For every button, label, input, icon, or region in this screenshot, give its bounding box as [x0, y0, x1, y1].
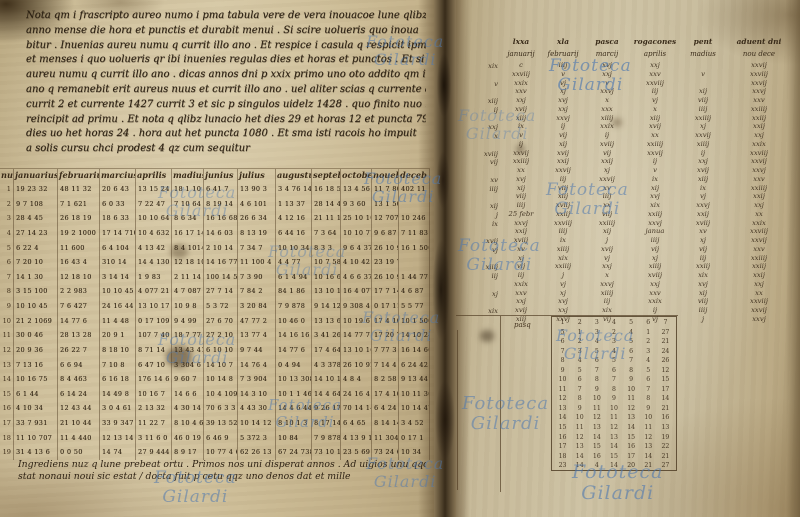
table-cell: 10 10 64 — [136, 211, 172, 226]
table-cell: 3 0 4 61 — [100, 401, 136, 416]
table-cell: 12 707 — [372, 211, 399, 226]
feast-column-header: aduent dni — [728, 36, 790, 48]
roman-value: xxj — [632, 280, 678, 289]
table-cell: 14 16 16 — [276, 328, 312, 343]
box-cell: 5 — [554, 328, 571, 338]
table-cell: 8 10 4 63 — [172, 416, 204, 431]
row-label: 17 — [0, 416, 14, 431]
table-cell: 6 10 10 — [204, 343, 238, 358]
table-cell: 9 308 4 — [341, 299, 372, 314]
box-cell: 5 — [588, 347, 605, 357]
table-cell: 176 14 6 — [136, 372, 172, 387]
box-cell: 3 — [571, 347, 588, 357]
roman-value: vij — [468, 158, 498, 167]
roman-value: xix — [680, 271, 726, 280]
roman-value: xij — [468, 202, 498, 211]
roman-value: xxiiij — [500, 157, 542, 166]
table-cell: 7 3 64 — [312, 226, 341, 241]
table-cell: 12 18 107 — [172, 255, 204, 270]
table-cell: 10 10 45 — [14, 299, 58, 314]
roman-value: xxviij — [632, 79, 678, 88]
roman-value: xiij — [500, 114, 542, 123]
roman-value: xxj — [500, 96, 542, 105]
table-cell: 10 10 34 — [276, 241, 312, 256]
box-row: 139111012921 — [554, 404, 674, 414]
roman-value: v — [584, 79, 630, 88]
roman-value: xix — [544, 254, 582, 263]
box-cell: 26 — [657, 356, 674, 366]
roman-value: xxvij — [584, 175, 630, 184]
feast-column-subheader: nou dece — [728, 48, 790, 61]
box-cell: 10 — [640, 413, 657, 423]
roman-value: xij — [632, 184, 678, 193]
roman-value: xj — [632, 254, 678, 263]
table-cell: 10 16 6 — [312, 270, 341, 285]
roman-value: xviij — [680, 219, 726, 228]
manuscript-text-line: et menses i quo uolueris qr ibi inuenies… — [26, 53, 426, 68]
roman-value: xxvij — [728, 306, 790, 315]
roman-value: xxvij — [500, 149, 542, 158]
roman-value: xxv — [728, 96, 790, 105]
stain — [480, 330, 494, 342]
roman-value: xj — [544, 289, 582, 298]
row-label: 18 — [0, 431, 14, 446]
roman-value: xxiiij — [584, 219, 630, 228]
table-cell: 8 9 17 — [172, 445, 204, 460]
roman-value: xxij — [544, 157, 582, 166]
table-cell: 14 74 — [100, 445, 136, 460]
table-cell: 3 20 84 — [238, 299, 276, 314]
table-cell: 27 7 14 — [204, 284, 238, 299]
month-header: deceb — [399, 169, 430, 182]
box-cell: 9 — [588, 385, 605, 395]
roman-value: xvij — [544, 149, 582, 158]
roman-value: xiiij — [584, 289, 630, 298]
roman-value: xxviij — [544, 219, 582, 228]
roman-value: xiiij — [544, 245, 582, 254]
table-cell: 7 77 3 — [372, 343, 399, 358]
table-cell: 9 3 60 — [341, 197, 372, 212]
table-cell — [399, 255, 430, 270]
table-cell: 2 13 32 — [136, 401, 172, 416]
box-cell: 2 — [571, 337, 588, 347]
table-corner-label: nu — [0, 169, 14, 182]
table-cell: 12 13 14 — [100, 431, 136, 446]
table-cell: 18 6 33 — [100, 211, 136, 226]
table-cell: 11 4 440 — [58, 431, 100, 446]
table-cell: 16 4 077 — [341, 284, 372, 299]
table-cell: 14 49 8 — [100, 387, 136, 402]
month-header: februarius — [58, 169, 100, 182]
table-cell: 17 7 14 — [372, 284, 399, 299]
table-cell: 14 10 14 — [312, 372, 341, 387]
box-cell: 15 — [588, 442, 605, 452]
table-cell: 8 18 10 — [100, 343, 136, 358]
roman-value: xxiiij — [728, 254, 790, 263]
roman-value: xviij — [584, 140, 630, 149]
table-cell: 10 10 45 — [100, 284, 136, 299]
table-cell: 13 90 3 — [238, 182, 276, 197]
box-cell: 4 — [640, 356, 657, 366]
box-cell: 6 — [623, 347, 640, 357]
table-cell: 14 4 130 — [136, 255, 172, 270]
roman-value: x — [468, 132, 498, 141]
table-cell: 33 7 931 — [14, 416, 58, 431]
table-cell: 24 16 4 — [341, 387, 372, 402]
roman-value: xiiij — [468, 263, 498, 272]
box-row: 17131514161322 — [554, 442, 674, 452]
manuscript-text-line: ano q remanebit erit aureus nuus et curr… — [26, 83, 426, 98]
table-cell: 1 9 83 — [136, 270, 172, 285]
roman-value: vij — [544, 131, 582, 140]
table-cell: 12 43 44 — [58, 401, 100, 416]
table-cell: 4 13 42 — [136, 241, 172, 256]
table-cell: 10 19 6 — [341, 314, 372, 329]
box-cell: 8 — [571, 394, 588, 404]
feast-column-subheader: februarij — [544, 48, 582, 61]
table-cell: 10 46 0 — [276, 314, 312, 329]
table-cell: 6 6 94 — [58, 358, 100, 373]
table-cell: 16 18 5 — [312, 182, 341, 197]
table-cell: 7 20 10 — [14, 255, 58, 270]
table-cell: 1 13 37 — [276, 197, 312, 212]
roman-value: vij — [500, 262, 542, 271]
roman-value: xxj — [728, 280, 790, 289]
box-cell: 10 — [554, 375, 571, 385]
table-cell: 84 1 86 — [276, 284, 312, 299]
box-cell: 15 — [623, 433, 640, 443]
table-cell: 10 13 308 — [276, 372, 312, 387]
table-cell: 4 3 378 — [312, 358, 341, 373]
roman-value: xiij — [544, 192, 582, 201]
roman-value: xxiiij — [544, 262, 582, 271]
table-cell: 6 16 18 — [100, 372, 136, 387]
table-cell: 11 100 4 — [238, 255, 276, 270]
table-cell: 33 9 347 — [100, 416, 136, 431]
roman-value: iij — [632, 87, 678, 96]
roman-value: vj — [544, 280, 582, 289]
box-cell: 11 — [571, 423, 588, 433]
table-cell: 20 9 36 — [14, 343, 58, 358]
table-cell: 6 41 7 — [204, 182, 238, 197]
table-cell: 11 600 — [58, 241, 100, 256]
roman-value: xviij — [468, 150, 498, 159]
table-cell: 11 4 48 — [100, 314, 136, 329]
box-cell: 13 — [571, 442, 588, 452]
box-header-cell: 1 — [554, 318, 571, 328]
month-header: aprilis — [136, 169, 172, 182]
roman-value: xj — [544, 87, 582, 96]
table-cell: 7 84 2 — [238, 284, 276, 299]
table-cell: 6 44 16 — [276, 226, 312, 241]
box-cell: 17 — [623, 452, 640, 462]
row-label: 16 — [0, 401, 14, 416]
roman-value: iij — [680, 254, 726, 263]
month-header: marcius — [100, 169, 136, 182]
roman-value: xxj — [468, 123, 498, 132]
box-cell: 9 — [605, 394, 622, 404]
roman-value: xxj — [584, 262, 630, 271]
table-cell: 12 18 10 — [58, 270, 100, 285]
row-label: 1 — [0, 182, 14, 197]
roman-value: xij — [544, 140, 582, 149]
roman-value: xj — [500, 254, 542, 263]
roman-value: iiij — [584, 192, 630, 201]
roman-value: viij — [680, 297, 726, 306]
table-cell: 8 19 14 — [204, 197, 238, 212]
roman-value: xxvj — [680, 201, 726, 210]
table-cell: 27 9 444 — [136, 445, 172, 460]
box-cell: 21 — [657, 452, 674, 462]
lunar-calendar-table: nujanuariusfebruariusmarciusaprilismadiu… — [0, 168, 430, 460]
box-cell: 23 — [554, 461, 571, 471]
roman-value: xxiij — [632, 210, 678, 219]
roman-value: iij — [544, 175, 582, 184]
box-cell: 16 — [623, 442, 640, 452]
roman-value: xj — [468, 290, 498, 299]
table-cell: 27 6 70 — [204, 314, 238, 329]
month-header: junius — [204, 169, 238, 182]
roman-value: xxviij — [728, 297, 790, 306]
roman-value: ix — [544, 236, 582, 245]
feast-column: rogaconesaprilisxxjxxvxxviijiijvjxxiijxv… — [632, 36, 678, 324]
table-cell: 4 12 16 — [276, 211, 312, 226]
table-cell: 0 17 109 — [136, 314, 172, 329]
box-cell: 10 — [571, 413, 588, 423]
roman-value: iiij — [544, 61, 582, 70]
table-cell — [399, 197, 430, 212]
table-cell: 2 10 14 — [204, 241, 238, 256]
table-cell: 4 6 101 — [238, 197, 276, 212]
table-cell: 21 11 12 — [312, 211, 341, 226]
table-cell: 4 077 21 — [136, 284, 172, 299]
roman-value: iiij — [468, 185, 498, 194]
table-cell: 8 13 19 — [238, 226, 276, 241]
rule-vertical — [457, 330, 458, 490]
roman-value: xvj — [544, 96, 582, 105]
table-cell: 11 7 80 — [372, 182, 399, 197]
table-cell: 8 14 14 — [372, 416, 399, 431]
table-cell: 7 1 621 — [58, 197, 100, 212]
table-cell: 10 4 109 — [204, 387, 238, 402]
roman-value: xxiij — [728, 114, 790, 123]
box-cell: 3 — [588, 328, 605, 338]
table-cell: 4 6 6 37 — [341, 270, 372, 285]
roman-value: xix — [584, 306, 630, 315]
manuscript-text-line: dies uo het horas 24 . hora aut het punc… — [26, 127, 426, 142]
roman-value: xvij — [500, 306, 542, 315]
box-cell: 7 — [554, 347, 571, 357]
table-cell: 7 3 904 — [238, 372, 276, 387]
box-cell: 14 — [588, 433, 605, 443]
roman-value: xviij — [632, 271, 678, 280]
box-cell: 17 — [554, 442, 571, 452]
row-label: 19 — [0, 445, 14, 460]
table-cell: 14 6 03 — [204, 226, 238, 241]
table-cell: 13 10 16 — [341, 343, 372, 358]
box-cell: 2 — [640, 337, 657, 347]
roman-value: xvj — [584, 61, 630, 70]
box-cell: 16 — [588, 452, 605, 462]
roman-value: vij — [680, 245, 726, 254]
row-label: 9 — [0, 299, 14, 314]
table-cell: 18 7 77 — [172, 328, 204, 343]
table-cell: 10 14 12 — [238, 416, 276, 431]
table-cell: 8 17 14 — [312, 416, 341, 431]
table-cell: 9 6 4 37 — [341, 241, 372, 256]
roman-value — [468, 88, 498, 97]
table-cell: 13 77 4 — [238, 328, 276, 343]
table-cell: 6 47 10 — [136, 358, 172, 373]
box-cell: 27 — [657, 461, 674, 471]
row-label: 4 — [0, 226, 14, 241]
table-cell: 9 4 99 — [172, 314, 204, 329]
feast-column-header: lxxa — [500, 36, 542, 48]
roman-value: iiij — [500, 201, 542, 210]
box-row: 12810911814 — [554, 394, 674, 404]
roman-value: xvij — [632, 122, 678, 131]
roman-value: xxiiij — [680, 114, 726, 123]
box-row: 1179810717 — [554, 385, 674, 395]
feast-column-header: pasca — [584, 36, 630, 48]
roman-value: vij — [584, 149, 630, 158]
table-cell: 24 16 44 — [100, 299, 136, 314]
roman-value: vj — [544, 79, 582, 88]
roman-value: 25 febr — [500, 210, 542, 219]
box-cell: 4 — [588, 337, 605, 347]
feast-column: pascamarcijxvjxxjvxxvjxxxxxiiijxxixijxvi… — [584, 36, 630, 324]
table-cell: 10 14 47 — [399, 401, 430, 416]
table-cell: 1 44 77 — [399, 270, 430, 285]
roman-value: janua — [632, 227, 678, 236]
roman-value: xxiiij — [728, 105, 790, 114]
table-cell: 26 6 34 — [238, 211, 276, 226]
table-cell: 8 3 3 — [312, 241, 341, 256]
roman-value — [680, 79, 726, 88]
table-cell: 28 13 28 — [58, 328, 100, 343]
table-cell: 8 2 58 — [372, 372, 399, 387]
roman-value: j — [584, 236, 630, 245]
roman-value: xxij — [728, 192, 790, 201]
roman-value: xx — [500, 166, 542, 175]
table-cell: 20 9 1 — [100, 328, 136, 343]
table-cell: 8 10 1 3 — [276, 416, 312, 431]
roman-value: xxvj — [544, 114, 582, 123]
box-cell: 14 — [657, 394, 674, 404]
table-cell: 13 15 24 — [136, 182, 172, 197]
table-cell: 21 10 44 — [58, 416, 100, 431]
table-cell: 13 10 13 — [312, 284, 341, 299]
box-cell: 13 — [657, 423, 674, 433]
table-cell: 28 14 43 — [312, 197, 341, 212]
box-cell: 7 — [605, 375, 622, 385]
row-label: 5 — [0, 241, 14, 256]
roman-value: x — [584, 271, 630, 280]
roman-value: xvj — [500, 175, 542, 184]
box-cell: 10 — [623, 385, 640, 395]
box-cell: 14 — [571, 452, 588, 462]
table-cell: 100 14 5 — [204, 270, 238, 285]
table-cell: 7 10 64 — [172, 197, 204, 212]
box-cell: 12 — [640, 433, 657, 443]
table-cell: 26 10 92 — [372, 270, 399, 285]
table-cell: 14 4 64 — [312, 387, 341, 402]
roman-value: xv — [584, 184, 630, 193]
table-cell: 3 304 6 — [172, 358, 204, 373]
table-cell: 14 10 7 — [204, 358, 238, 373]
roman-value: v — [468, 80, 498, 89]
box-cell: 10 — [605, 404, 622, 414]
roman-value: xxvj — [632, 219, 678, 228]
table-cell: 10 246 — [399, 211, 430, 226]
roman-value: xj — [680, 122, 726, 131]
manuscript-text-line: currit 2 et currente 1427 currit 3 et si… — [26, 98, 426, 113]
roman-value: xxj — [584, 70, 630, 79]
roman-value: xxix — [500, 79, 542, 88]
table-cell: 3 4 76 14 — [276, 182, 312, 197]
roman-value: v — [680, 70, 726, 79]
box-cell: 15 — [554, 423, 571, 433]
box-cell: 21 — [657, 404, 674, 414]
roman-value: xxj — [544, 105, 582, 114]
table-cell: 11 10 707 — [14, 431, 58, 446]
row-label: 10 — [0, 314, 14, 329]
table-cell: 17 20 7 — [372, 328, 399, 343]
roman-value: v — [544, 70, 582, 79]
table-cell: 107 7 40 — [136, 328, 172, 343]
box-cell: 7 — [623, 356, 640, 366]
roman-value: xij — [680, 289, 726, 298]
table-cell: 48 11 32 — [58, 182, 100, 197]
table-cell: 23 19 77 — [372, 255, 399, 270]
box-header-cell: 3 — [588, 318, 605, 328]
box-cell: 11 — [588, 404, 605, 414]
roman-value: xxij — [500, 227, 542, 236]
roman-value: xxviij — [728, 70, 790, 79]
table-cell: 25 10 10 — [341, 211, 372, 226]
roman-value: iij — [500, 271, 542, 280]
roman-value — [468, 298, 498, 307]
roman-value: viij — [500, 192, 542, 201]
table-cell: 0 0 50 — [58, 445, 100, 460]
box-cell: 9 — [640, 404, 657, 414]
box-cell: 22 — [657, 442, 674, 452]
table-cell: 70 6 3 3 — [204, 401, 238, 416]
box-cell: 2 — [605, 328, 622, 338]
table-cell: 16 14 66 — [399, 343, 430, 358]
table-cell: 70 14 14 — [341, 401, 372, 416]
table-cell: 10 1 500 — [399, 314, 430, 329]
roman-value: v — [500, 131, 542, 140]
box-cell: 13 — [588, 423, 605, 433]
roman-value: xxix — [500, 280, 542, 289]
roman-value: xix — [468, 62, 498, 71]
table-cell: 73 10 100 — [312, 445, 341, 460]
roman-value: iiij — [544, 227, 582, 236]
roman-value: xx — [632, 131, 678, 140]
table-cell: 3 15 100 — [14, 284, 58, 299]
feast-column: pentmadius v xijviijiiijxxiiijxjxxvijxii… — [680, 36, 726, 324]
roman-value: xxj — [500, 297, 542, 306]
table-cell: 7 14 4 — [372, 358, 399, 373]
table-cell: 8 6 34 — [172, 211, 204, 226]
table-cell: 10 4 632 — [136, 226, 172, 241]
table-cell: 3 4 52 — [399, 416, 430, 431]
roman-value: xxvj — [728, 166, 790, 175]
roman-value: xxv — [500, 87, 542, 96]
table-cell: 14 4 6 44 — [276, 401, 312, 416]
table-cell: 310 14 — [100, 255, 136, 270]
